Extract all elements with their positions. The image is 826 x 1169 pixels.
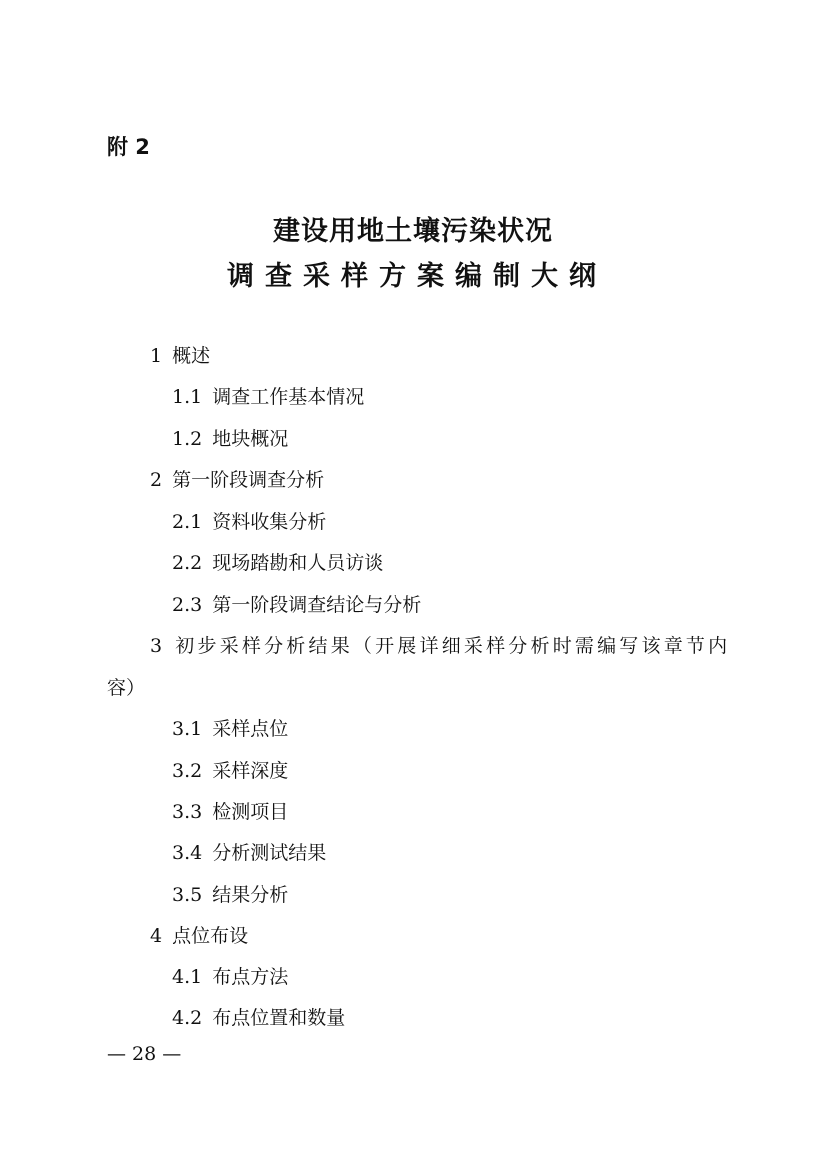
outline-number: 3.2 bbox=[172, 760, 202, 782]
outline-item: 4点位布设 bbox=[150, 921, 248, 948]
outline-number: 2.2 bbox=[172, 552, 202, 574]
outline-item: 1.2地块概况 bbox=[172, 424, 288, 451]
outline-text: 现场踏勘和人员访谈 bbox=[212, 552, 383, 574]
outline-number: 3 bbox=[150, 635, 165, 657]
outline-item: 1概述 bbox=[150, 341, 210, 368]
outline-number: 2 bbox=[150, 469, 162, 491]
outline-item: 3初步采样分析结果（开展详细采样分析时需编写该章节内 bbox=[150, 631, 730, 658]
outline-text: 地块概况 bbox=[212, 428, 288, 450]
outline-item: 4.1布点方法 bbox=[172, 962, 288, 989]
outline-item: 3.1采样点位 bbox=[172, 714, 288, 741]
outline-text: 检测项目 bbox=[212, 801, 288, 823]
outline-number: 4 bbox=[150, 925, 162, 947]
outline-text: 第一阶段调查结论与分析 bbox=[212, 594, 421, 616]
outline-item: 3.4分析测试结果 bbox=[172, 838, 326, 865]
outline-text: 初步采样分析结果（开展详细采样分析时需编写该章节内 bbox=[175, 635, 730, 657]
outline-number: 2.1 bbox=[172, 511, 202, 533]
outline-number: 3.5 bbox=[172, 884, 202, 906]
page-number: — 28 — bbox=[107, 1043, 181, 1065]
annex-label: 附 2 bbox=[107, 131, 150, 161]
document-title-line-2: 调查采样方案编制大纲 bbox=[0, 254, 826, 293]
outline-item-continuation: 容） bbox=[107, 673, 145, 700]
outline-item: 3.5结果分析 bbox=[172, 880, 288, 907]
outline-text: 布点方法 bbox=[212, 966, 288, 988]
outline-text: 布点位置和数量 bbox=[212, 1007, 345, 1029]
outline-number: 1.2 bbox=[172, 428, 202, 450]
outline-number: 1.1 bbox=[172, 386, 202, 408]
outline-text: 资料收集分析 bbox=[212, 511, 326, 533]
outline-item: 4.2布点位置和数量 bbox=[172, 1003, 345, 1030]
outline-item: 1.1调查工作基本情况 bbox=[172, 382, 364, 409]
outline-item: 2.3第一阶段调查结论与分析 bbox=[172, 590, 421, 617]
outline-item: 2.2现场踏勘和人员访谈 bbox=[172, 548, 383, 575]
outline-item: 2.1资料收集分析 bbox=[172, 507, 326, 534]
outline-number: 2.3 bbox=[172, 594, 202, 616]
outline-number: 1 bbox=[150, 345, 162, 367]
outline-text: 调查工作基本情况 bbox=[212, 386, 364, 408]
outline-text: 点位布设 bbox=[172, 925, 248, 947]
outline-text: 概述 bbox=[172, 345, 210, 367]
outline-item: 2第一阶段调查分析 bbox=[150, 465, 324, 492]
outline-item: 3.3检测项目 bbox=[172, 797, 288, 824]
outline-number: 3.3 bbox=[172, 801, 202, 823]
outline-text: 结果分析 bbox=[212, 884, 288, 906]
outline-number: 4.1 bbox=[172, 966, 202, 988]
outline-number: 3.4 bbox=[172, 842, 202, 864]
document-title-line-1: 建设用地土壤污染状况 bbox=[0, 209, 826, 248]
outline-text: 采样深度 bbox=[212, 760, 288, 782]
outline-text: 分析测试结果 bbox=[212, 842, 326, 864]
outline-text: 采样点位 bbox=[212, 718, 288, 740]
outline-number: 3.1 bbox=[172, 718, 202, 740]
outline-item: 3.2采样深度 bbox=[172, 756, 288, 783]
outline-number: 4.2 bbox=[172, 1007, 202, 1029]
outline-text: 第一阶段调查分析 bbox=[172, 469, 324, 491]
